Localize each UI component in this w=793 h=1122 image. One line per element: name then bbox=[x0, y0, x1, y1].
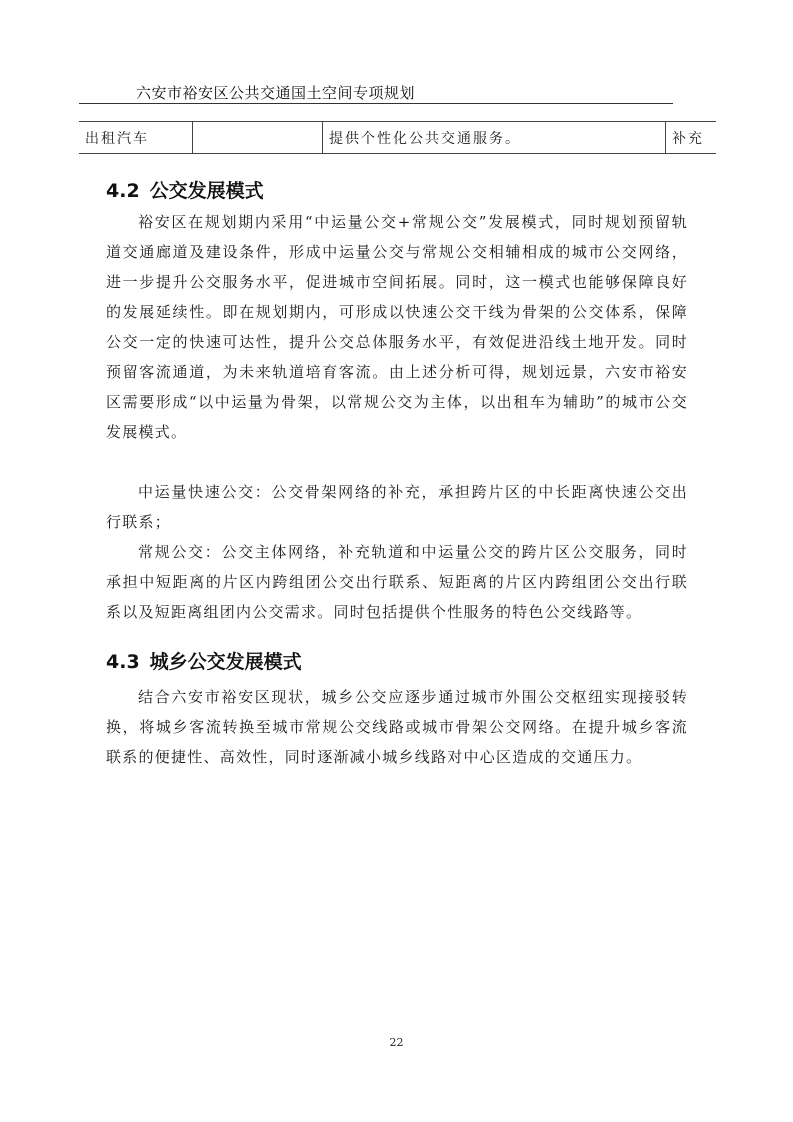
mode-table: 出租汽车 提供个性化公共交通服务。 补充 bbox=[79, 121, 716, 154]
paragraph: 常规公交：公交主体网络，补充轨道和中运量公交的跨片区公交服务，同时承担中短距离的… bbox=[106, 537, 688, 627]
section-heading-4-2: 4.2公交发展模式 bbox=[106, 176, 264, 203]
table-row: 出租汽车 提供个性化公共交通服务。 补充 bbox=[79, 122, 716, 154]
running-header: 六安市裕安区公共交通国土空间专项规划 bbox=[136, 82, 415, 103]
page-number: 22 bbox=[0, 1036, 793, 1049]
paragraph: 结合六安市裕安区现状，城乡公交应逐步通过城市外围公交枢纽实现接驳转换，将城乡客流… bbox=[106, 682, 688, 772]
section-title: 公交发展模式 bbox=[150, 180, 264, 202]
section-number: 4.3 bbox=[106, 651, 140, 673]
paragraph: 中运量快速公交：公交骨架网络的补充，承担跨片区的中长距离快速公交出行联系； bbox=[106, 477, 688, 537]
table-cell-mode: 出租汽车 bbox=[79, 122, 193, 154]
paragraph: 裕安区在规划期内采用“中运量公交+常规公交”发展模式，同时规划预留轨道交通廊道及… bbox=[106, 207, 688, 447]
header-rule bbox=[79, 103, 673, 104]
table-cell-role: 补充 bbox=[666, 122, 717, 154]
table-cell-function: 提供个性化公共交通服务。 bbox=[323, 122, 666, 154]
table-cell-empty bbox=[193, 122, 323, 154]
section-heading-4-3: 4.3城乡公交发展模式 bbox=[106, 647, 302, 674]
section-title: 城乡公交发展模式 bbox=[150, 651, 302, 673]
section-number: 4.2 bbox=[106, 180, 140, 202]
